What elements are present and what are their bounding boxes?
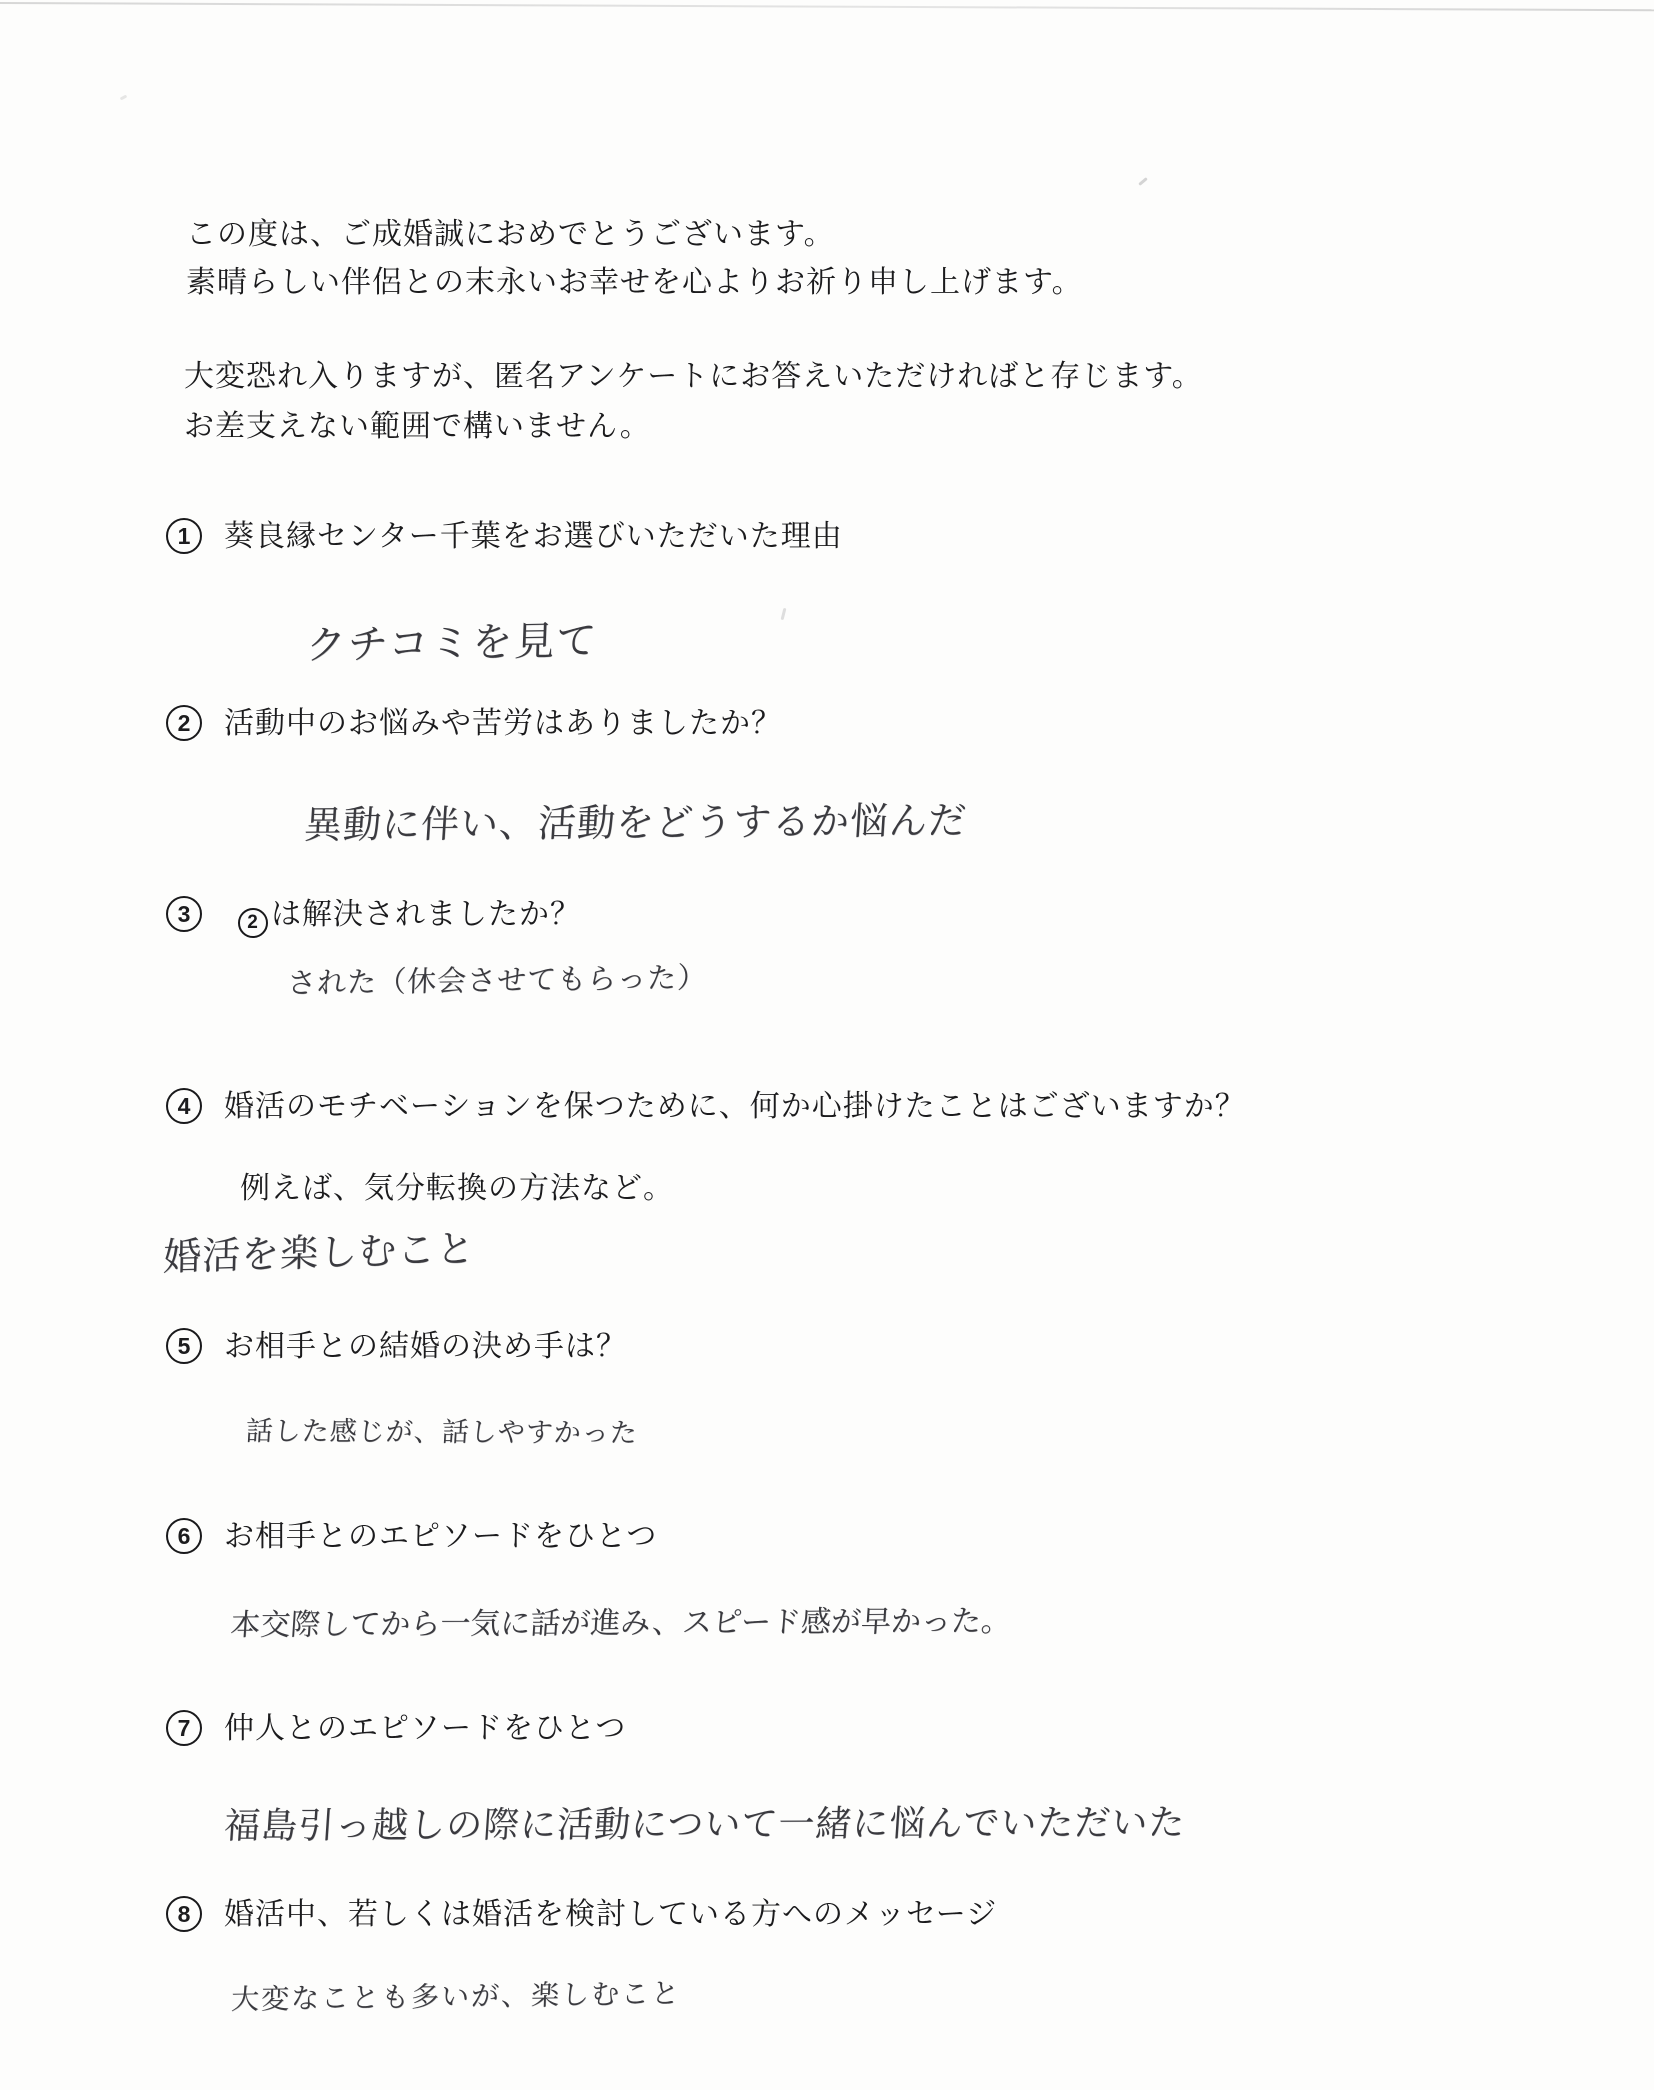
scan-speck <box>1138 177 1148 186</box>
question-3: 3 2は解決されましたか？ <box>166 898 581 938</box>
question-1-number-circle: 1 <box>166 518 202 554</box>
question-7-handwritten-answer: 福島引っ越しの際に活動について一緒に悩んでいただいた <box>223 1795 1188 1849</box>
question-5: 5 お相手との結婚の決め手は？ <box>166 1330 627 1365</box>
question-2: 2 活動中のお悩みや苦労はありましたか？ <box>166 707 782 742</box>
question-1-label: 葵良縁センター千葉をお選びいただいた理由 <box>224 520 843 555</box>
question-1-handwritten-answer: クチコミを見て <box>305 609 599 671</box>
scan-speck <box>781 608 787 620</box>
scan-speck <box>120 95 128 101</box>
scanned-survey-page: この度は、ご成婚誠におめでとうございます。 素晴らしい伴侶との末永いお幸せを心よ… <box>0 0 1654 2090</box>
question-2-label: 活動中のお悩みや苦労はありましたか？ <box>224 707 782 742</box>
question-3-handwritten-answer: された（休会させてもらった） <box>286 955 708 1002</box>
intro-line-1: この度は、ご成婚誠におめでとうございます。 <box>186 218 835 253</box>
question-4: 4 婚活のモチベーションを保つために、何か心掛けたことはございますか？ <box>166 1090 1246 1125</box>
question-6-label: お相手とのエピソードをひとつ <box>224 1520 657 1555</box>
question-3-label: 2は解決されましたか？ <box>238 898 581 938</box>
question-6-number-circle: 6 <box>166 1518 202 1554</box>
question-4-number-circle: 4 <box>166 1088 202 1124</box>
question-3-number-circle: 3 <box>166 896 202 932</box>
question-4-handwritten-answer: 婚活を楽しむこと <box>163 1217 476 1281</box>
question-7: 7 仲人とのエピソードをひとつ <box>166 1712 626 1747</box>
question-8-label: 婚活中、若しくは婚活を検討している方へのメッセージ <box>224 1898 997 1933</box>
question-7-number-circle: 7 <box>166 1710 202 1746</box>
request-line-1: 大変恐れ入りますが、匿名アンケートにお答えいただければと存じます。 <box>184 360 1203 395</box>
intro-line-2: 素晴らしい伴侶との末永いお幸せを心よりお祈り申し上げます。 <box>186 266 1083 301</box>
question-7-label: 仲人とのエピソードをひとつ <box>224 1712 626 1747</box>
question-8-handwritten-answer: 大変なことも多いが、楽しむこと <box>230 1972 682 2018</box>
question-5-number-circle: 5 <box>166 1328 202 1364</box>
question-4-hint-line: 例えば、気分転換の方法など。 <box>240 1172 674 1207</box>
question-1: 1 葵良縁センター千葉をお選びいただいた理由 <box>166 520 843 555</box>
question-6: 6 お相手とのエピソードをひとつ <box>166 1520 657 1555</box>
question-5-handwritten-answer: 話した感じが、話しやすかった <box>245 1409 639 1450</box>
request-line-2: お差支えない範囲で構いません。 <box>184 410 651 445</box>
question-2-handwritten-answer: 異動に伴い、活動をどうするか悩んだ <box>303 789 969 849</box>
question-8: 8 婚活中、若しくは婚活を検討している方へのメッセージ <box>166 1898 997 1933</box>
question-8-number-circle: 8 <box>166 1896 202 1932</box>
question-2-number-circle: 2 <box>166 705 202 741</box>
scanner-edge-artifact <box>0 2 1654 11</box>
question-3-label-text: は解決されましたか？ <box>271 898 581 931</box>
question-5-label: お相手との結婚の決め手は？ <box>224 1330 627 1365</box>
question-4-label: 婚活のモチベーションを保つために、何か心掛けたことはございますか？ <box>224 1090 1246 1125</box>
question-6-handwritten-answer: 本交際してから一気に話が進み、スピード感が早かった。 <box>229 1596 1012 1644</box>
question-3-ref-number-circle: 2 <box>238 908 268 938</box>
